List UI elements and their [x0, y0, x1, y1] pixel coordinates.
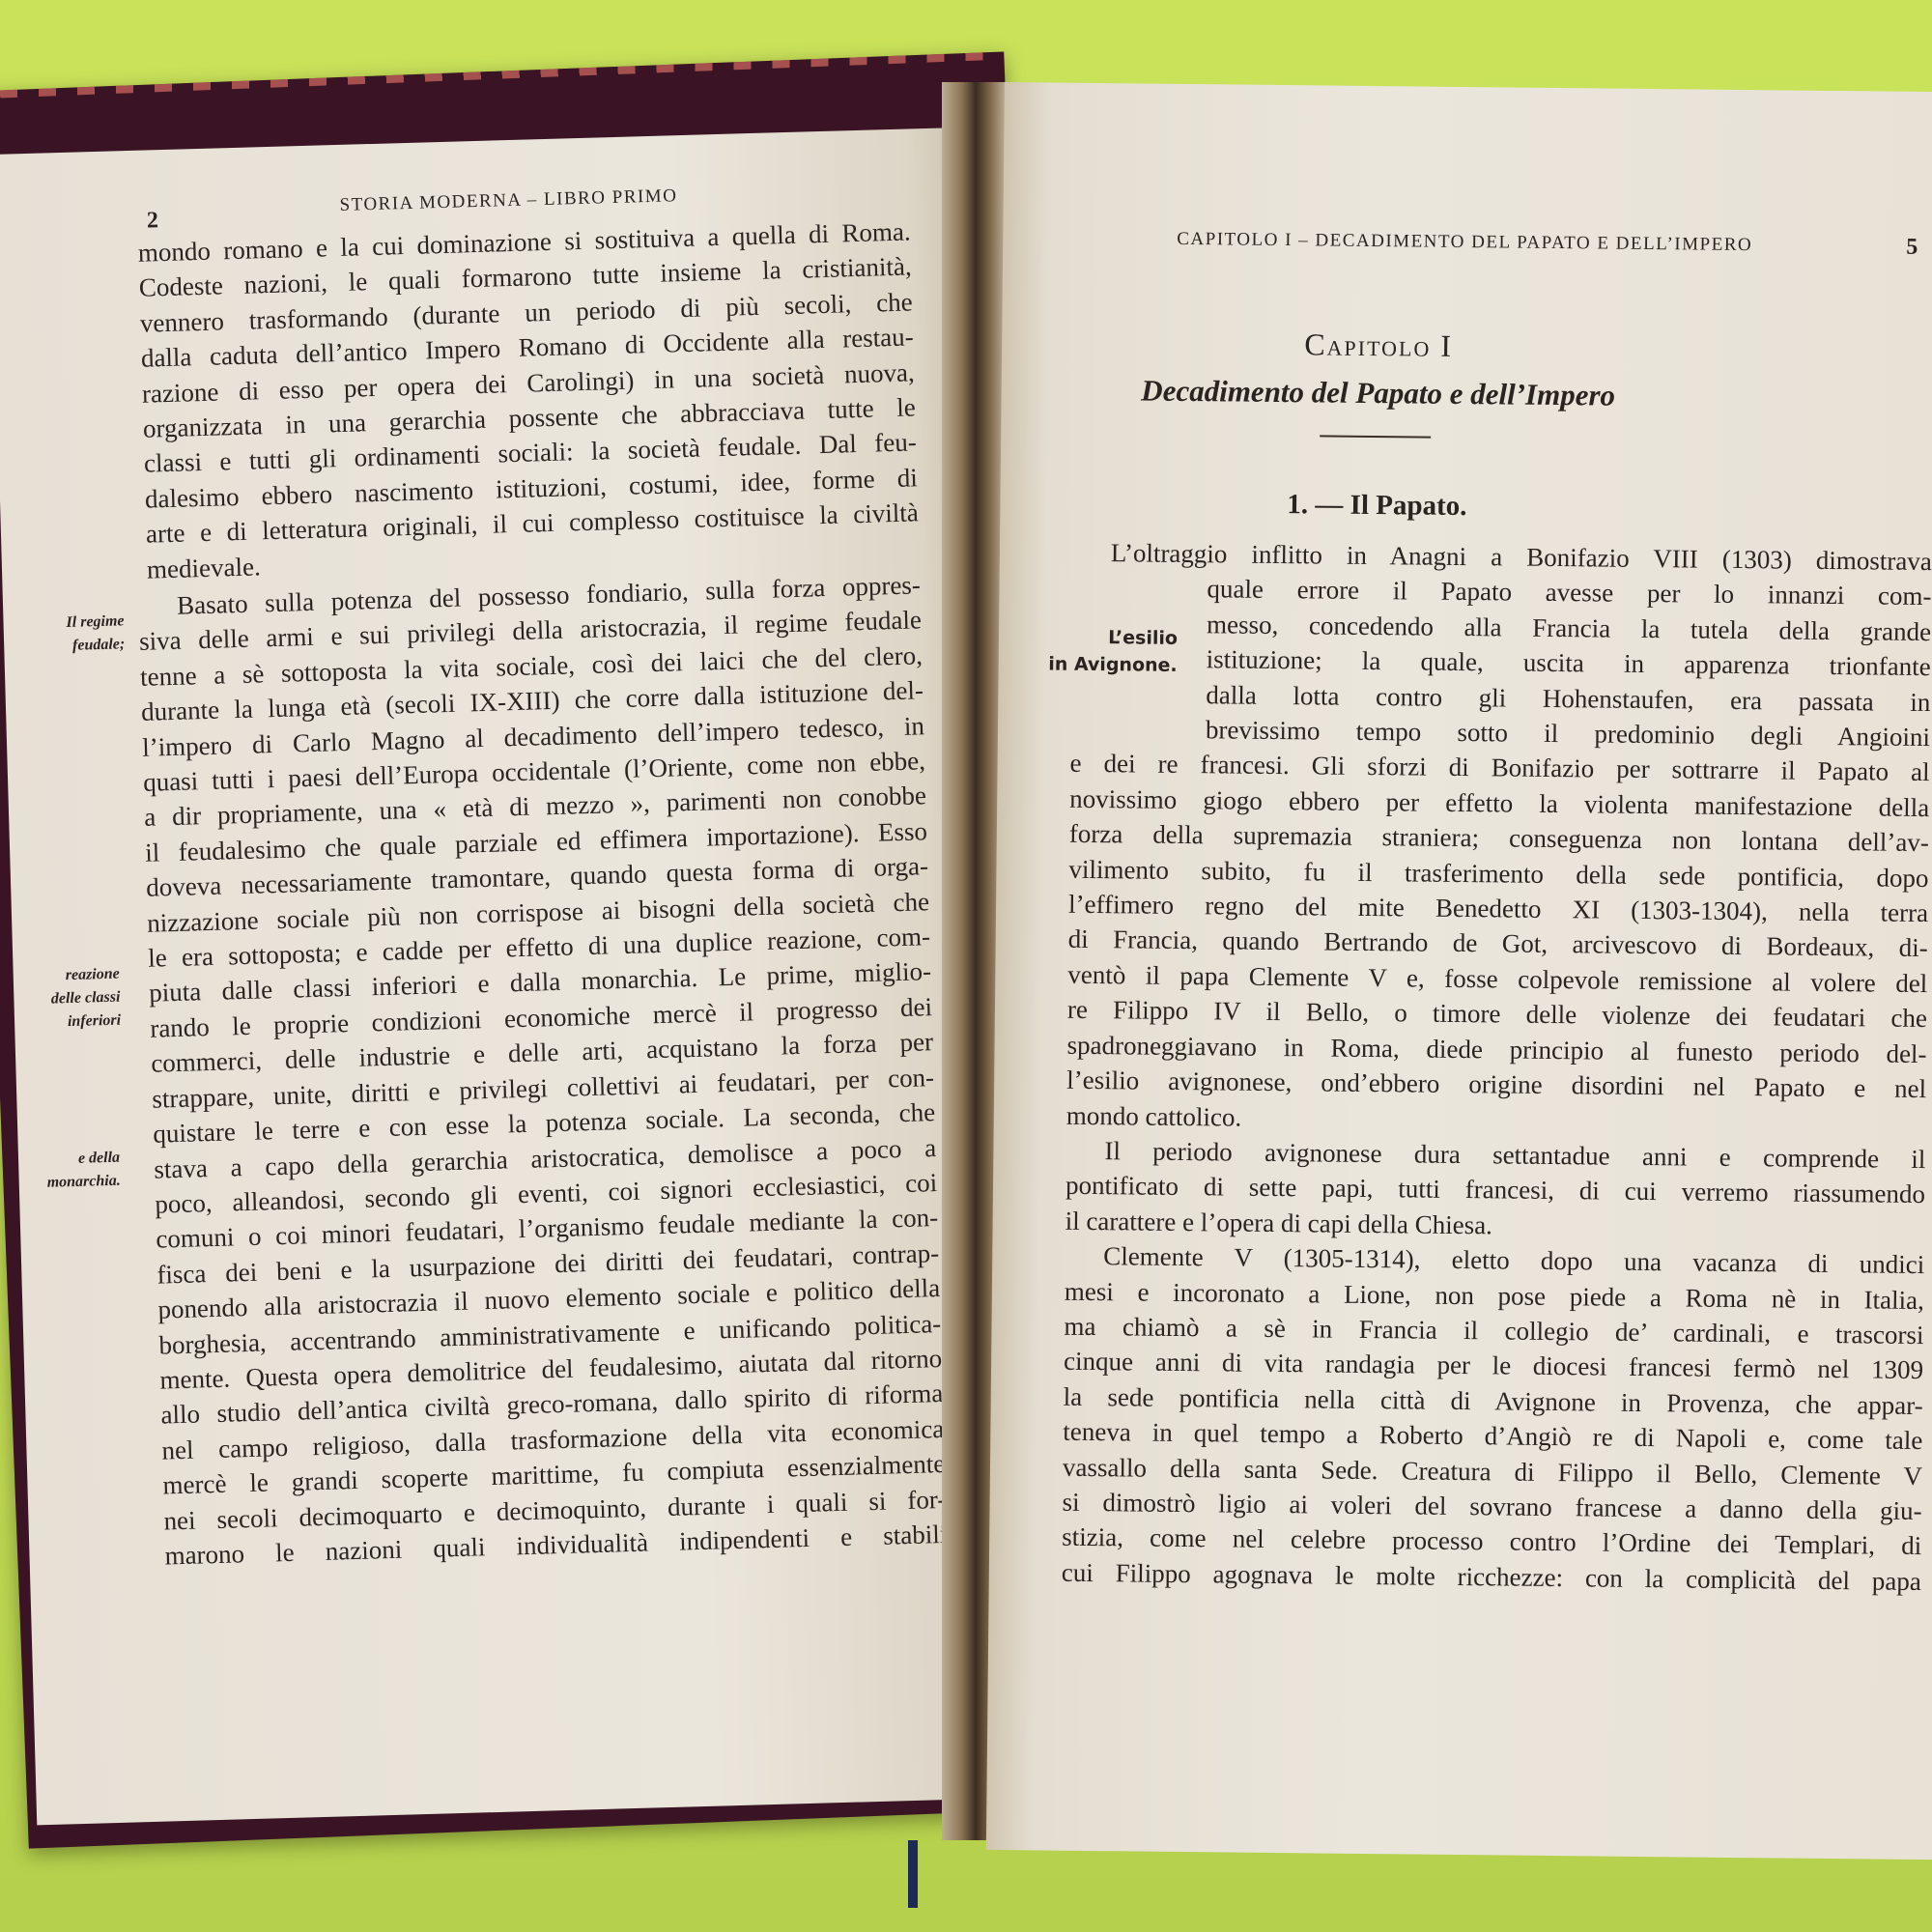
binding-thread [908, 1840, 918, 1908]
paragraph-oltraggio: L’oltraggio inflitto in Anagni a Bonifaz… [1062, 535, 1932, 1599]
paragraph-intro: mondo romano e la cui dominazione si sos… [137, 213, 920, 586]
margin-note-reazione: reazione delle classi inferiori [13, 963, 121, 1036]
chapter-label: Capitolo I [1098, 325, 1659, 366]
section-title: 1. — Il Papato. [1096, 487, 1657, 525]
paragraph-regime-feudale: Basato sulla potenza del possesso fondia… [138, 567, 948, 1574]
margin-note-monarchia: e della monarchia. [18, 1147, 121, 1196]
chapter-title: Decadimento del Papato e dell’Impero [1097, 373, 1658, 413]
running-head: STORIA MODERNA – LIBRO PRIMO [339, 185, 677, 216]
left-page: 2 STORIA MODERNA – LIBRO PRIMO mondo rom… [0, 128, 1003, 1825]
right-page: CAPITOLO I – DECADIMENTO DEL PAPATO E DE… [986, 82, 1932, 1860]
page-number: 2 [147, 208, 159, 234]
page-number: 5 [1906, 235, 1918, 261]
chapter-divider [1320, 435, 1431, 438]
margin-note-regime-feudale: Il regime feudale; [22, 610, 125, 659]
running-head: CAPITOLO I – DECADIMENTO DEL PAPATO E DE… [1177, 229, 1752, 256]
